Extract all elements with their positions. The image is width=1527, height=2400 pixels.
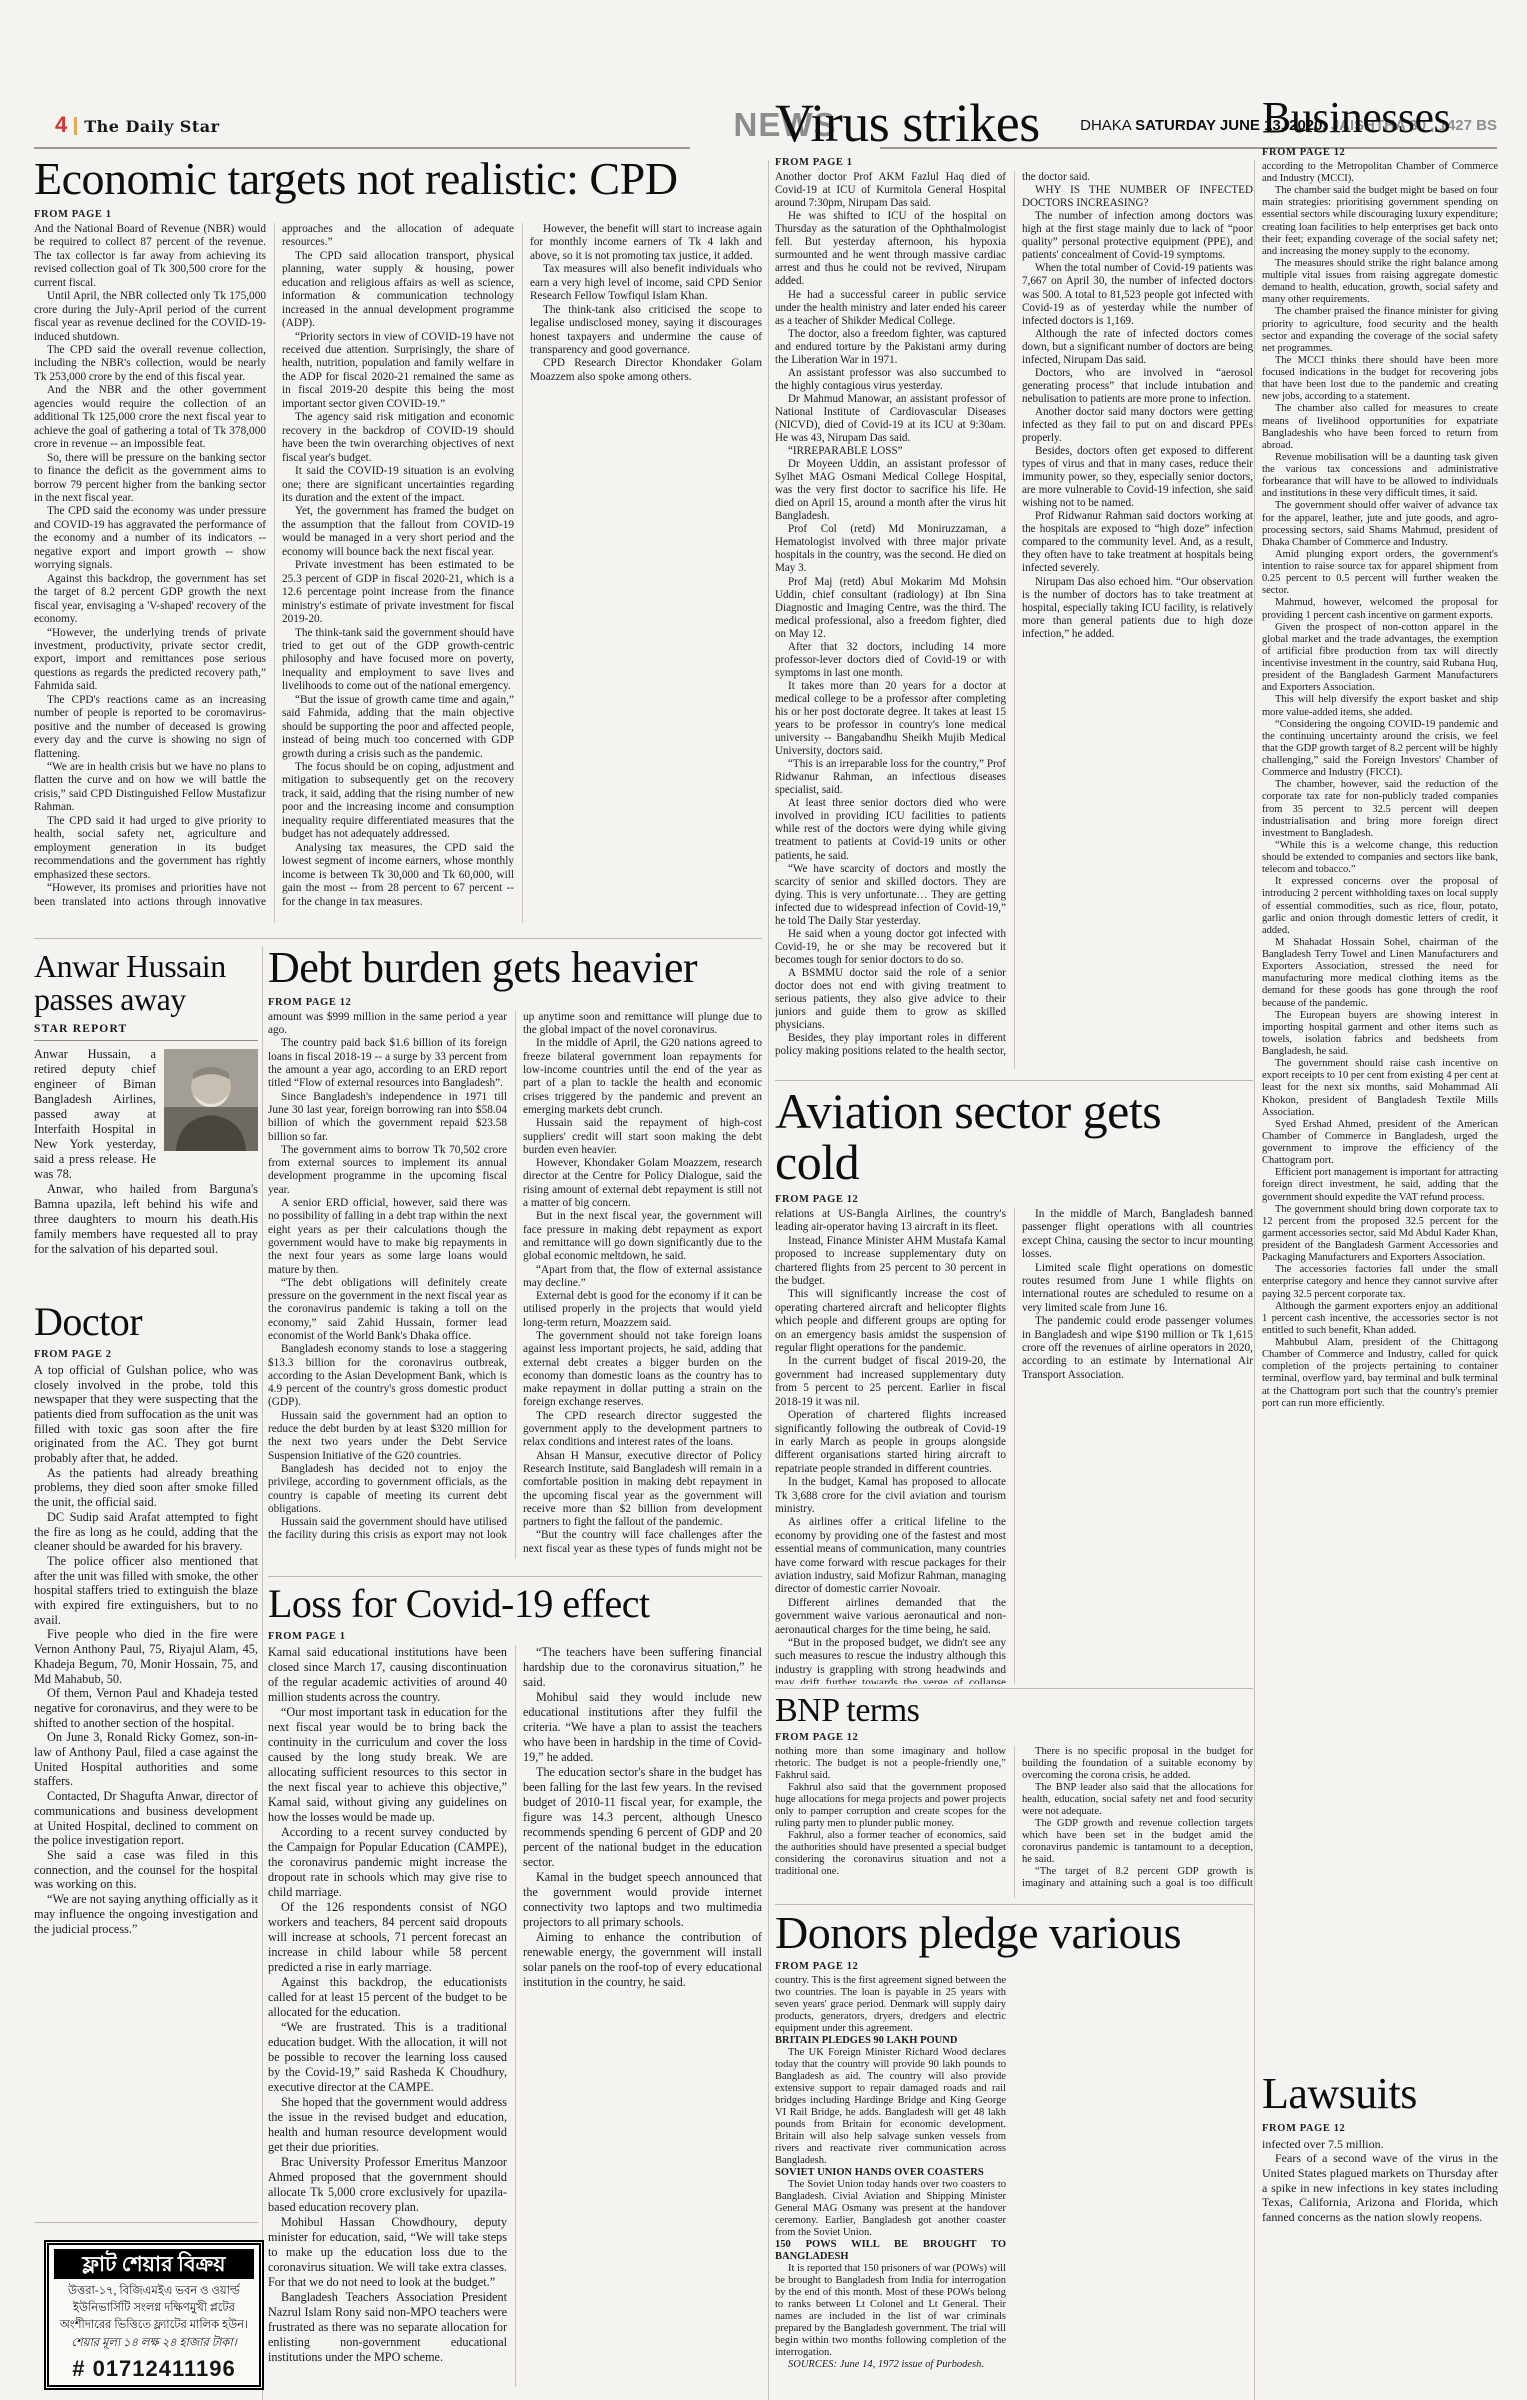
paragraph: He was shifted to ICU of the hospital on… (775, 210, 1006, 288)
section-divider (34, 938, 762, 939)
from-page-tag: FROM PAGE 1 (34, 209, 762, 220)
paragraph: Kamal in the budget speech announced tha… (523, 1870, 762, 1930)
paragraph: “But in the proposed budget, we didn't s… (775, 1637, 1006, 1684)
paragraph: The CPD said the overall revenue collect… (34, 344, 266, 384)
paragraph: This will help diversify the export bask… (1262, 694, 1498, 718)
section-divider (268, 1576, 762, 1577)
headline-donors: Donors pledge various (775, 1910, 1253, 1957)
headline-bnp: BNP terms (775, 1694, 1253, 1729)
paragraph: Prof Maj (retd) Abul Mokarim Md Mohsin U… (775, 576, 1006, 641)
page-number: 4 (55, 112, 67, 137)
paragraph: The chamber praised the finance minister… (1262, 306, 1498, 355)
paragraph: The government aims to borrow Tk 70,502 … (268, 1144, 507, 1197)
paragraph: According to a recent survey conducted b… (268, 1825, 507, 1900)
paragraph: But in the next fiscal year, the governm… (523, 1210, 762, 1263)
headline-businesses: Businesses (1262, 96, 1498, 141)
column-divider (1254, 160, 1255, 2400)
headline-lawsuits: Lawsuits (1262, 2072, 1498, 2117)
paragraph: She said a case was filed in this connec… (34, 1848, 258, 1892)
paragraph: Operation of chartered flights increased… (775, 1409, 1006, 1476)
paragraph: The think-tank said the government shoul… (282, 627, 514, 694)
paragraph: Analysing tax measures, the CPD said the… (282, 842, 514, 909)
article-anwar-obituary: Anwar Hussain passes away STAR REPORT An… (34, 950, 258, 1296)
article-body-cpd: And the National Board of Revenue (NBR) … (34, 223, 762, 923)
paragraph: An assistant professor was also succumbe… (775, 367, 1006, 393)
classified-ad: ফ্লাট শেয়ার বিক্রয় উত্তরা-১৭, বিজিএমইএ… (44, 2240, 264, 2390)
paragraph: Since Bangladesh's independence in 1971 … (268, 1091, 507, 1144)
from-page-tag: FROM PAGE 12 (775, 1732, 1253, 1743)
article-debt: Debt burden gets heavier FROM PAGE 12 am… (268, 946, 762, 1576)
paragraph: “But the issue of growth came time and a… (282, 694, 514, 761)
article-body-donors: country. This is the first agreement sig… (775, 1975, 1253, 2383)
paragraph: And the NBR and the other government age… (34, 384, 266, 451)
from-page-tag: FROM PAGE 2 (34, 1349, 258, 1360)
paragraph: Efficient port management is important f… (1262, 1167, 1498, 1203)
paragraph: Instead, Finance Minister AHM Mustafa Ka… (775, 1235, 1006, 1289)
paragraph: So, there will be pressure on the bankin… (34, 452, 266, 506)
paragraph: Hussain said the government had an optio… (268, 1410, 507, 1463)
paragraph: The government should not take foreign l… (523, 1330, 762, 1410)
paragraph: Yet, the government has framed the budge… (282, 505, 514, 559)
paragraph: The GDP growth and revenue collection ta… (1022, 1818, 1253, 1866)
paragraph: A senior ERD official, however, said the… (268, 1197, 507, 1277)
paragraph: “Considering the ongoing COVID-19 pandem… (1262, 719, 1498, 780)
article-body-anwar: Anwar Hussain, a retired deputy chief en… (34, 1047, 258, 1257)
paragraph: Doctors, who are involved in “aerosol ge… (1022, 367, 1253, 406)
paragraph: Nirupam Das also echoed him. “Our observ… (1022, 576, 1253, 641)
paragraph: Fakhrul also said that the government pr… (775, 1782, 1006, 1830)
paragraph: “We are not saying anything officially a… (34, 1892, 258, 1936)
paragraph: This will significantly increase the cos… (775, 1288, 1006, 1355)
paragraph: The CPD said allocation transport, physi… (282, 250, 514, 331)
paragraph: Bangladesh has decided not to enjoy the … (268, 1463, 507, 1516)
paragraph: As the patients had already breathing pr… (34, 1466, 258, 1510)
article-body-doctor: A top official of Gulshan police, who wa… (34, 1363, 258, 2195)
paragraph: Fears of a second wave of the virus in t… (1262, 2151, 1498, 2224)
paragraph: Mahbubul Alam, president of the Chittago… (1262, 1337, 1498, 1410)
paragraph: Anwar, who hailed from Barguna's Bamna u… (34, 1182, 258, 1257)
paragraph: External debt is good for the economy if… (523, 1290, 762, 1330)
paragraph: The CPD said it had urged to give priori… (34, 815, 266, 882)
article-body-loss: Kamal said educational institutions have… (268, 1645, 762, 2387)
section-divider (775, 1904, 1253, 1905)
paragraph: The chamber said the budget might be bas… (1262, 185, 1498, 258)
section-divider (775, 1080, 1253, 1081)
paragraph: It said the COVID-19 situation is an evo… (282, 465, 514, 505)
paragraph: Mohibul said they would include new educ… (523, 1690, 762, 1765)
paragraph: “Our most important task in education fo… (268, 1705, 507, 1825)
headline-aviation: Aviation sector gets cold (775, 1086, 1253, 1188)
paragraph: The focus should be on coping, adjustmen… (282, 761, 514, 842)
section-divider (34, 2222, 258, 2223)
paragraph: A top official of Gulshan police, who wa… (34, 1363, 258, 1466)
article-aviation: Aviation sector gets cold FROM PAGE 12 r… (775, 1086, 1253, 1684)
paragraph: Brac University Professor Emeritus Manzo… (268, 2155, 507, 2215)
paragraph: relations at US-Bangla Airlines, the cou… (775, 1208, 1006, 1235)
paragraph: The education sector's share in the budg… (523, 1765, 762, 1870)
paragraph: Given the prospect of non-cotton apparel… (1262, 622, 1498, 695)
paragraph: Five people who died in the fire were Ve… (34, 1627, 258, 1686)
paragraph: The MCCI thinks there should have been m… (1262, 355, 1498, 404)
paragraph: “Priority sectors in view of COVID-19 ha… (282, 331, 514, 412)
paragraph: The UK Foreign Minister Richard Wood dec… (775, 2047, 1006, 2167)
paragraph: After that 32 doctors, including 14 more… (775, 641, 1006, 680)
paragraph: Ahsan H Mansur, executive director of Po… (523, 1450, 762, 1530)
paragraph: It is reported that 150 prisoners of war… (775, 2263, 1006, 2359)
paragraph: However, the benefit will start to incre… (530, 223, 762, 263)
paragraph: Although the rate of infected doctors co… (1022, 328, 1253, 367)
paragraph: CPD Research Director Khondaker Golam Mo… (530, 357, 762, 384)
paragraph: “We are in health crisis but we have no … (34, 761, 266, 815)
paragraph: And the National Board of Revenue (NBR) … (34, 223, 266, 290)
ad-phone-number: # 01712411196 (54, 2356, 254, 2382)
paragraph: Of them, Vernon Paul and Khadeja tested … (34, 1686, 258, 1730)
paragraph: The Soviet Union today hands over two co… (775, 2179, 1006, 2239)
section-divider (775, 1688, 1253, 1689)
from-page-tag: FROM PAGE 12 (775, 1961, 1253, 1972)
paragraph: BRITAIN PLEDGES 90 LAKH POUND (775, 2035, 1006, 2047)
paragraph: Aiming to enhance the contribution of re… (523, 1930, 762, 1990)
headline-virus: Virus strikes (775, 96, 1253, 151)
paragraph: Bangladesh economy stands to lose a stag… (268, 1343, 507, 1409)
headline-anwar: Anwar Hussain passes away (34, 950, 258, 1015)
paragraph: Prof Col (retd) Md Moniruzzaman, a Hemat… (775, 523, 1006, 575)
article-body-lawsuits: infected over 7.5 million.Fears of a sec… (1262, 2137, 1498, 2225)
paragraph: Dr Mahmud Manowar, an assistant professo… (775, 393, 1006, 445)
paragraph: In the current budget of fiscal 2019-20,… (775, 1355, 1006, 1409)
from-page-tag: FROM PAGE 1 (775, 157, 1253, 168)
paragraph: The country paid back $1.6 billion of it… (268, 1037, 507, 1090)
paragraph: WHY IS THE NUMBER OF INFECTED DOCTORS IN… (1022, 184, 1253, 210)
paragraph: Dr Moyeen Uddin, an assistant professor … (775, 458, 1006, 523)
paragraph: Kamal said educational institutions have… (268, 1645, 507, 1705)
paragraph: In the middle of March, Bangladesh banne… (1022, 1208, 1253, 1262)
paragraph: Another doctor Prof AKM Fazlul Haq died … (775, 171, 1006, 210)
paragraph: “However, the underlying trends of priva… (34, 627, 266, 694)
paragraph: nothing more than some imaginary and hol… (775, 1746, 1006, 1782)
paragraph: SOVIET UNION HANDS OVER COASTERS (775, 2167, 1006, 2179)
paragraph: “The teachers have been suffering financ… (523, 1645, 762, 1690)
paragraph: The CPD research director suggested the … (523, 1410, 762, 1450)
paragraph: SOURCES: June 14, 1972 issue of Purbodes… (775, 2359, 1006, 2371)
paragraph: As airlines offer a critical lifeline to… (775, 1516, 1006, 1596)
paragraph: “This is an irreparable loss for the cou… (775, 758, 1006, 797)
paragraph: She hoped that the government would addr… (268, 2095, 507, 2155)
paragraph: “Apart from that, the flow of external a… (523, 1264, 762, 1291)
ad-text-line: উত্তরা-১৭, বিজিএমইএ ভবন ও ওয়ার্ল্ড (54, 2283, 254, 2300)
paragraph: The measures should strike the right bal… (1262, 258, 1498, 307)
portrait-photo (164, 1049, 258, 1151)
article-body-bnp: nothing more than some imaginary and hol… (775, 1746, 1253, 1898)
masthead-block: 4The Daily Star (55, 112, 220, 138)
from-page-tag: FROM PAGE 12 (268, 997, 762, 1008)
article-body-businesses: according to the Metropolitan Chamber of… (1262, 161, 1498, 2051)
article-lawsuits: Lawsuits FROM PAGE 12 infected over 7.5 … (1262, 2072, 1498, 2392)
paragraph: 150 POWS WILL BE BROUGHT TO BANGLADESH (775, 2239, 1006, 2263)
paragraph: The pandemic could erode passenger volum… (1022, 1315, 1253, 1382)
accent-bar (74, 117, 77, 135)
paragraph: In the budget, Kamal has proposed to all… (775, 1476, 1006, 1516)
paragraph: The CPD's reactions came as an increasin… (34, 694, 266, 761)
paragraph: The police officer also mentioned that a… (34, 1554, 258, 1628)
article-bnp: BNP terms FROM PAGE 12 nothing more than… (775, 1694, 1253, 1900)
paragraph: The doctor, also a freedom fighter, was … (775, 328, 1006, 367)
paragraph: “IRREPARABLE LOSS” (775, 445, 1006, 458)
paragraph: The chamber also called for measures to … (1262, 403, 1498, 452)
paragraph: Different airlines demanded that the gov… (775, 1597, 1006, 1637)
from-page-tag: FROM PAGE 12 (775, 1194, 1253, 1205)
paragraph: In the middle of April, the G20 nations … (523, 1037, 762, 1117)
paragraph: “While this is a welcome change, this re… (1262, 840, 1498, 876)
paragraph: M Shahadat Hossain Sohel, chairman of th… (1262, 937, 1498, 1010)
article-doctor: Doctor FROM PAGE 2 A top official of Gul… (34, 1302, 258, 2210)
paragraph: The chamber, however, said the reduction… (1262, 779, 1498, 840)
paragraph: It expressed concerns over the proposal … (1262, 876, 1498, 937)
masthead: The Daily Star (84, 117, 219, 136)
paragraph: Mohibul Hassan Chowdhoury, deputy minist… (268, 2215, 507, 2290)
paragraph: DC Sudip said Arafat attempted to fight … (34, 1510, 258, 1554)
paragraph: “We have scarcity of doctors and mostly … (775, 863, 1006, 928)
paragraph: “We are frustrated. This is a traditiona… (268, 2020, 507, 2095)
paragraph: It takes more than 20 years for a doctor… (775, 680, 1006, 758)
paragraph: Although the garment exporters enjoy an … (1262, 1301, 1498, 1337)
paragraph: The agency said risk mitigation and econ… (282, 411, 514, 465)
paragraph: Private investment has been estimated to… (282, 559, 514, 626)
byline: STAR REPORT (34, 1023, 258, 1041)
paragraph: Until April, the NBR collected only Tk 1… (34, 290, 266, 344)
ad-text-line: ইউনিভার্সিটি সংলগ্ন দক্ষিণমুখী প্লটের (54, 2300, 254, 2317)
paragraph: On June 3, Ronald Ricky Gomez, son-in-la… (34, 1730, 258, 1789)
paragraph: Contacted, Dr Shagufta Anwar, director o… (34, 1789, 258, 1848)
portrait-photo-graphic (164, 1049, 258, 1151)
from-page-tag: FROM PAGE 12 (1262, 147, 1498, 158)
article-cpd: Economic targets not realistic: CPD FROM… (34, 156, 762, 938)
headline-debt: Debt burden gets heavier (268, 946, 762, 991)
paragraph: Mahmud, however, welcomed the proposal f… (1262, 597, 1498, 621)
paragraph: infected over 7.5 million. (1262, 2137, 1498, 2152)
paragraph: Prof Ridwanur Rahman said doctors workin… (1022, 510, 1253, 575)
paragraph: Amid plunging export orders, the governm… (1262, 549, 1498, 598)
from-page-tag: FROM PAGE 1 (268, 1631, 762, 1642)
ad-price-line: শেয়ার মূল্য ১৪ লক্ষ ২৪ হাজার টাকা। (54, 2335, 254, 2352)
paragraph: Limited scale flight operations on domes… (1022, 1262, 1253, 1316)
paragraph: according to the Metropolitan Chamber of… (1262, 161, 1498, 185)
paragraph: He said when a young doctor got infected… (775, 928, 1006, 967)
paragraph: Against this backdrop, the government ha… (34, 573, 266, 627)
paragraph: The number of infection among doctors wa… (1022, 210, 1253, 262)
article-virus: Virus strikes FROM PAGE 1 Another doctor… (775, 96, 1253, 1078)
paragraph: However, Khondaker Golam Moazzem, resear… (523, 1157, 762, 1210)
paragraph: country. This is the first agreement sig… (775, 1975, 1006, 2035)
paragraph: The government should offer waiver of ad… (1262, 500, 1498, 549)
paragraph: Revenue mobilisation will be a daunting … (1262, 452, 1498, 501)
article-body-debt: amount was $999 million in the same peri… (268, 1011, 762, 1559)
paragraph: Against this backdrop, the educationists… (268, 1975, 507, 2020)
paragraph: Tax measures will also benefit individua… (530, 263, 762, 303)
paragraph: When the total number of Covid-19 patien… (1022, 262, 1253, 327)
paragraph: The think-tank also criticised the scope… (530, 304, 762, 358)
paragraph: Another doctor said many doctors were ge… (1022, 406, 1253, 445)
headline-doctor: Doctor (34, 1302, 258, 1343)
paragraph: The European buyers are showing interest… (1262, 1010, 1498, 1059)
paragraph: There is no specific proposal in the bud… (1022, 1746, 1253, 1782)
column-divider (768, 160, 769, 2400)
article-body-aviation: relations at US-Bangla Airlines, the cou… (775, 1208, 1253, 1684)
paragraph: The CPD said the economy was under press… (34, 505, 266, 572)
article-loss: Loss for Covid-19 effect FROM PAGE 1 Kam… (268, 1584, 762, 2400)
headline-cpd: Economic targets not realistic: CPD (34, 156, 762, 203)
paragraph: A BSMMU doctor said the role of a senior… (775, 967, 1006, 1032)
paragraph: Of the 126 respondents consist of NGO wo… (268, 1900, 507, 1975)
article-businesses: Businesses FROM PAGE 12 according to the… (1262, 96, 1498, 2068)
article-donors: Donors pledge various FROM PAGE 12 count… (775, 1910, 1253, 2400)
paragraph: The accessories factories fall under the… (1262, 1264, 1498, 1300)
paragraph: The government should bring down corpora… (1262, 1204, 1498, 1265)
paragraph: Besides, doctors often get exposed to di… (1022, 445, 1253, 510)
paragraph: Fakhrul, also a former teacher of econom… (775, 1830, 1006, 1878)
article-body-virus: Another doctor Prof AKM Fazlul Haq died … (775, 171, 1253, 1069)
ad-text-line: অংশীদারের ভিত্তিতে ফ্ল্যাটের মালিক হউন। (54, 2317, 254, 2334)
from-page-tag: FROM PAGE 12 (1262, 2123, 1498, 2134)
paragraph: amount was $999 million in the same peri… (268, 1011, 507, 1038)
ad-headline: ফ্লাট শেয়ার বিক্রয় (54, 2249, 254, 2279)
column-divider (262, 946, 263, 2400)
paragraph: “The debt obligations will definitely cr… (268, 1277, 507, 1343)
paragraph: Hussain said the repayment of high-cost … (523, 1117, 762, 1157)
headline-loss: Loss for Covid-19 effect (268, 1584, 762, 1625)
paragraph: Bangladesh Teachers Association Presiden… (268, 2290, 507, 2365)
paragraph: At least three senior doctors died who w… (775, 797, 1006, 862)
header-rule-left (34, 147, 690, 149)
paragraph: He had a successful career in public ser… (775, 289, 1006, 328)
paragraph: The BNP leader also said that the alloca… (1022, 1782, 1253, 1818)
paragraph: The government should raise cash incenti… (1262, 1058, 1498, 1119)
paragraph: Syed Ershad Ahmed, president of the Amer… (1262, 1119, 1498, 1168)
